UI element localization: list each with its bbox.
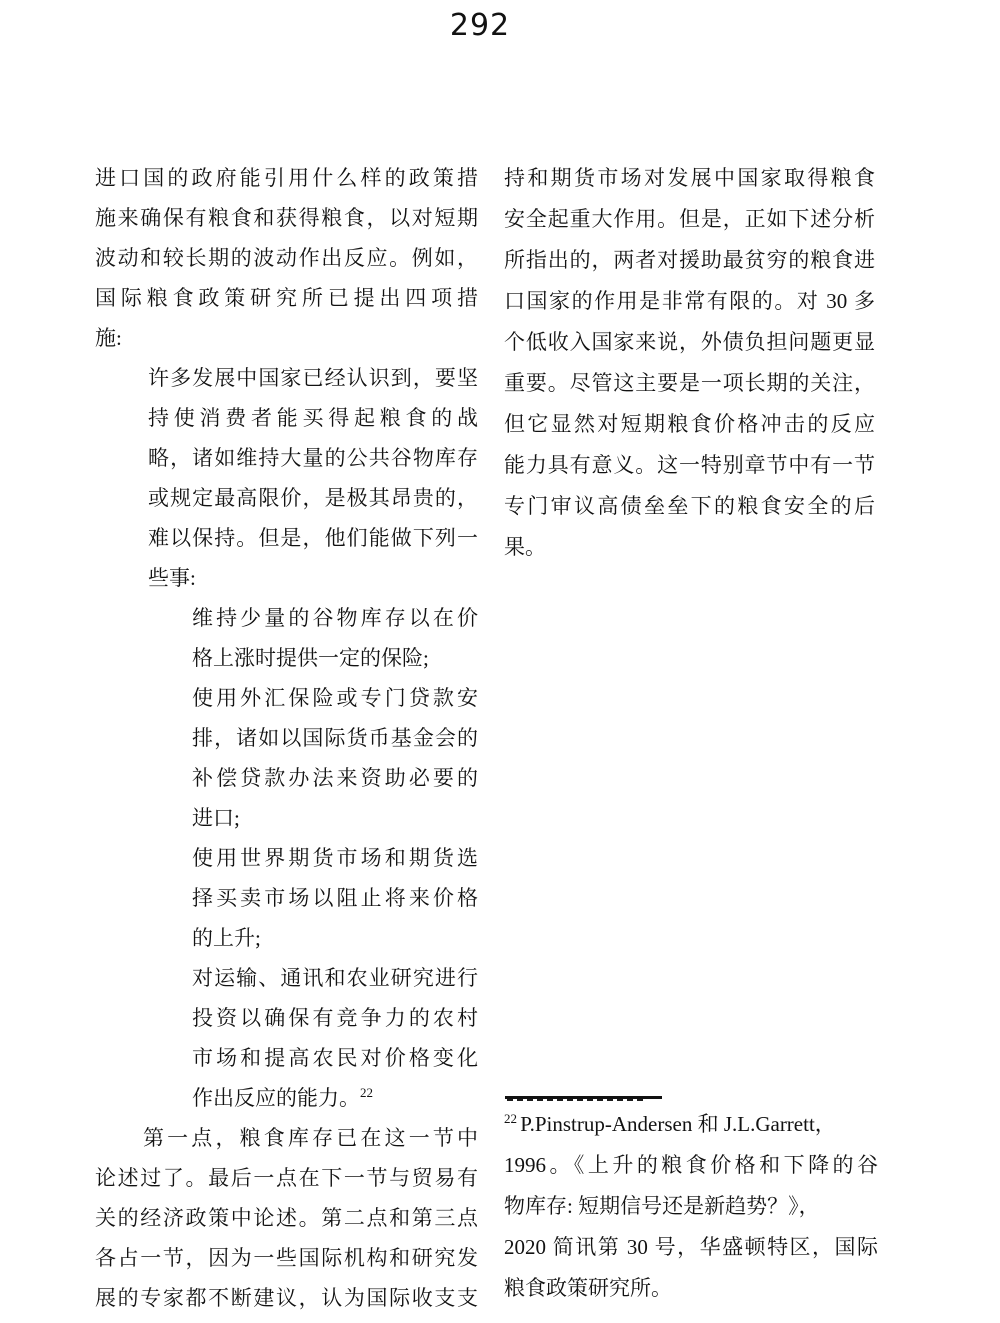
text-run: 第一点，粮食库存已在这一节中	[143, 1126, 478, 1150]
text-line: 进口;	[192, 798, 478, 838]
text-line: 各占一节，因为一些国际机构和研究发	[95, 1238, 478, 1278]
text-run: 使用外汇保险或专门贷款安	[192, 686, 478, 710]
text-run: 对运输、通讯和农业研究进行	[192, 966, 478, 990]
text-run: 口国家的作用是非常有限的。对 30 多	[504, 289, 875, 313]
text-run: 排，诸如以国际货币基金会的	[192, 726, 478, 750]
text-run: 略，诸如维持大量的公共谷物库存	[148, 446, 478, 470]
text-run: 进口;	[192, 806, 240, 830]
text-run: 些事:	[148, 566, 196, 590]
left-column: 进口国的政府能引用什么样的政策措施来确保有粮食和获得粮食，以对短期波动和较长期的…	[95, 158, 478, 1318]
text-line: ◆使用世界期货市场和期货选	[192, 838, 478, 878]
footnote-block: 22 P.Pinstrup-Andersen 和 J.L.Garrett，199…	[504, 1104, 878, 1309]
text-line: ◆使用外汇保险或专门贷款安	[192, 678, 478, 718]
text-run: 持和期货市场对发展中国家取得粮食	[504, 166, 875, 190]
paragraph: 进口国的政府能引用什么样的政策措施来确保有粮食和获得粮食，以对短期波动和较长期的…	[95, 158, 478, 358]
text-line: 难以保持。但是，他们能做下列一	[148, 518, 478, 558]
text-run: 展的专家都不断建议，认为国际收支支	[95, 1286, 478, 1310]
text-line: ◆维持少量的谷物库存以在价	[192, 598, 478, 638]
text-line: 粮食政策研究所。	[504, 1268, 878, 1309]
text-line: 口国家的作用是非常有限的。对 30 多	[504, 281, 875, 322]
paragraph: 22 P.Pinstrup-Andersen 和 J.L.Garrett，199…	[504, 1104, 878, 1309]
text-line: 市场和提高农民对价格变化	[192, 1038, 478, 1078]
text-line: 作出反应的能力。22	[192, 1078, 478, 1118]
text-line: 的上升;	[192, 918, 478, 958]
text-run: 格上涨时提供一定的保险;	[192, 646, 429, 670]
text-run: 1996。《上升的粮食价格和下降的谷	[504, 1153, 878, 1177]
text-line: 展的专家都不断建议，认为国际收支支	[95, 1278, 478, 1318]
right-column: 持和期货市场对发展中国家取得粮食安全起重大作用。但是，正如下述分析所指出的，两者…	[504, 158, 875, 568]
text-run: 国际粮食政策研究所已提出四项措	[95, 286, 478, 310]
text-line: 所指出的，两者对援助最贫穷的粮食进	[504, 240, 875, 281]
text-line: 投资以确保有竞争力的农村	[192, 998, 478, 1038]
document-page: 292 进口国的政府能引用什么样的政策措施来确保有粮食和获得粮食，以对短期波动和…	[0, 0, 1000, 1323]
text-run: 使用世界期货市场和期货选	[192, 846, 478, 870]
page-number: 292	[0, 8, 960, 43]
text-run: 专门审议高债垒垒下的粮食安全的后	[504, 494, 875, 518]
text-run: 2020 简讯第 30 号，华盛顿特区，国际	[504, 1235, 878, 1259]
text-line: 进口国的政府能引用什么样的政策措	[95, 158, 478, 198]
paragraph: 许多发展中国家已经认识到，要坚持使消费者能买得起粮食的战略，诸如维持大量的公共谷…	[148, 358, 478, 598]
text-run: 市场和提高农民对价格变化	[192, 1046, 478, 1070]
text-line: 许多发展中国家已经认识到，要坚	[148, 358, 478, 398]
text-line: 22 P.Pinstrup-Andersen 和 J.L.Garrett，	[504, 1104, 878, 1145]
text-line: 些事:	[148, 558, 478, 598]
text-run: 作出反应的能力。	[192, 1086, 360, 1110]
text-run: 能力具有意义。这一特别章节中有一节	[504, 453, 875, 477]
text-line: 持和期货市场对发展中国家取得粮食	[504, 158, 875, 199]
text-run: 维持少量的谷物库存以在价	[192, 606, 478, 630]
text-run: 许多发展中国家已经认识到，要坚	[148, 366, 478, 390]
bullet-item: ◆使用外汇保险或专门贷款安排，诸如以国际货币基金会的补偿贷款办法来资助必要的进口…	[192, 678, 478, 838]
text-line: 个低收入国家来说，外债负担问题更显	[504, 322, 875, 363]
text-line: ◆对运输、通讯和农业研究进行	[192, 958, 478, 998]
text-line: 持使消费者能买得起粮食的战	[148, 398, 478, 438]
text-line: 论述过了。最后一点在下一节与贸易有	[95, 1158, 478, 1198]
text-line: 施:	[95, 318, 478, 358]
text-line: 专门审议高债垒垒下的粮食安全的后	[504, 486, 875, 527]
text-line: 波动和较长期的波动作出反应。例如，	[95, 238, 478, 278]
bullet-item: ◆使用世界期货市场和期货选择买卖市场以阻止将来价格的上升;	[192, 838, 478, 958]
text-run: 关的经济政策中论述。第二点和第三点	[95, 1206, 478, 1230]
text-run: 择买卖市场以阻止将来价格	[192, 886, 478, 910]
text-line: 重要。尽管这主要是一项长期的关注，	[504, 363, 875, 404]
text-run: 波动和较长期的波动作出反应。例如，	[95, 246, 478, 270]
text-run: 施来确保有粮食和获得粮食，以对短期	[95, 206, 478, 230]
text-run: P.Pinstrup-Andersen 和 J.L.Garrett，	[520, 1112, 836, 1136]
text-run: 个低收入国家来说，外债负担问题更显	[504, 330, 875, 354]
text-line: 施来确保有粮食和获得粮食，以对短期	[95, 198, 478, 238]
text-run: 补偿贷款办法来资助必要的	[192, 766, 478, 790]
text-run: 但它显然对短期粮食价格冲击的反应	[504, 412, 875, 436]
text-line: 能力具有意义。这一特别章节中有一节	[504, 445, 875, 486]
text-line: 国际粮食政策研究所已提出四项措	[95, 278, 478, 318]
paragraph: 持和期货市场对发展中国家取得粮食安全起重大作用。但是，正如下述分析所指出的，两者…	[504, 158, 875, 568]
text-line: 择买卖市场以阻止将来价格	[192, 878, 478, 918]
text-run: 持使消费者能买得起粮食的战	[148, 406, 478, 430]
text-run: 论述过了。最后一点在下一节与贸易有	[95, 1166, 478, 1190]
text-line: 2020 简讯第 30 号，华盛顿特区，国际	[504, 1227, 878, 1268]
text-line: 但它显然对短期粮食价格冲击的反应	[504, 404, 875, 445]
text-run: 的上升;	[192, 926, 261, 950]
footnote-ref: 22	[360, 1085, 373, 1100]
text-line: 物库存: 短期信号还是新趋势？》，	[504, 1186, 878, 1227]
text-line: 果。	[504, 527, 875, 568]
bullet-item: ◆对运输、通讯和农业研究进行投资以确保有竞争力的农村市场和提高农民对价格变化作出…	[192, 958, 478, 1118]
text-line: 或规定最高限价，是极其昂贵的，	[148, 478, 478, 518]
text-line: 1996。《上升的粮食价格和下降的谷	[504, 1145, 878, 1186]
text-run: 施:	[95, 326, 122, 350]
text-run: 重要。尽管这主要是一项长期的关注，	[504, 371, 875, 395]
footnote-separator-rule	[505, 1096, 662, 1099]
text-run: 粮食政策研究所。	[504, 1276, 672, 1300]
text-run: 难以保持。但是，他们能做下列一	[148, 526, 478, 550]
text-run: 安全起重大作用。但是，正如下述分析	[504, 207, 875, 231]
bullet-item: ◆维持少量的谷物库存以在价格上涨时提供一定的保险;	[192, 598, 478, 678]
text-line: 关的经济政策中论述。第二点和第三点	[95, 1198, 478, 1238]
text-line: 排，诸如以国际货币基金会的	[192, 718, 478, 758]
text-run: 投资以确保有竞争力的农村	[192, 1006, 478, 1030]
text-line: 第一点，粮食库存已在这一节中	[95, 1118, 478, 1158]
text-run: 进口国的政府能引用什么样的政策措	[95, 166, 478, 190]
text-line: 格上涨时提供一定的保险;	[192, 638, 478, 678]
text-run: 果。	[504, 535, 546, 559]
footnote-marker: 22	[504, 1111, 520, 1126]
text-run: 各占一节，因为一些国际机构和研究发	[95, 1246, 478, 1270]
text-line: 略，诸如维持大量的公共谷物库存	[148, 438, 478, 478]
text-run: 所指出的，两者对援助最贫穷的粮食进	[504, 248, 875, 272]
text-run: 物库存: 短期信号还是新趋势？》，	[504, 1194, 820, 1218]
text-line: 补偿贷款办法来资助必要的	[192, 758, 478, 798]
text-run: 或规定最高限价，是极其昂贵的，	[148, 486, 478, 510]
paragraph: 第一点，粮食库存已在这一节中论述过了。最后一点在下一节与贸易有关的经济政策中论述…	[95, 1118, 478, 1318]
text-line: 安全起重大作用。但是，正如下述分析	[504, 199, 875, 240]
